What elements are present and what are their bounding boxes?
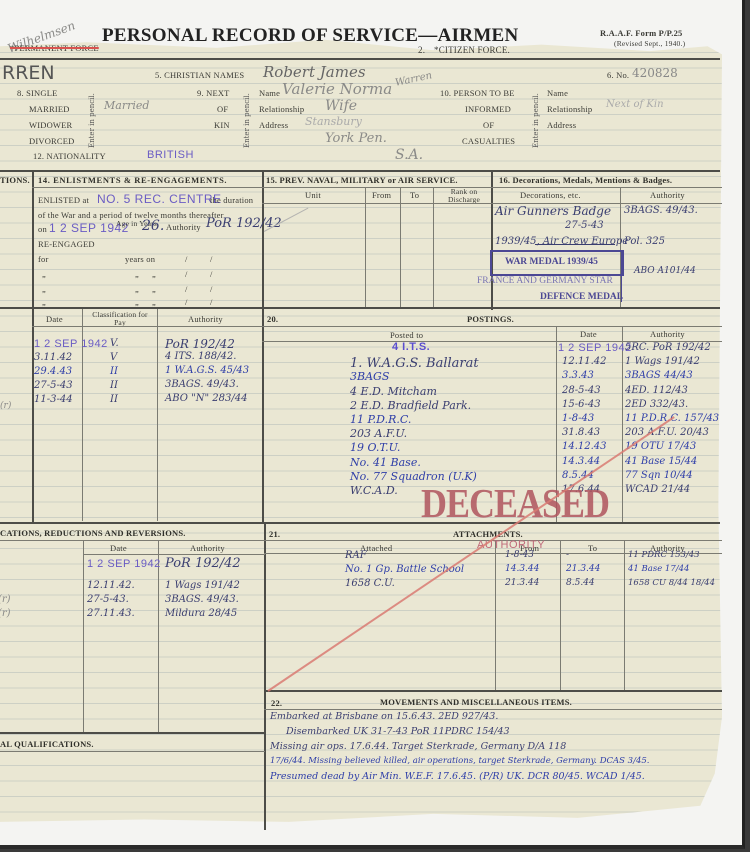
col-to: To xyxy=(588,543,597,553)
divider xyxy=(262,326,722,327)
reduction-date: 1 2 SEP 1942 xyxy=(87,558,161,570)
classification-pay: II xyxy=(110,366,118,377)
casualty-contact-label-2: INFORMED xyxy=(465,104,511,114)
left-note-1: (r) xyxy=(0,594,11,605)
col-authority: Authority xyxy=(188,314,223,324)
posting-unit: 3BAGS xyxy=(350,370,389,383)
service-number-label: 6. No. xyxy=(607,70,629,80)
qualifications-header: AL QUALIFICATIONS. xyxy=(0,739,94,749)
attachment-from: 14.3.44 xyxy=(505,564,539,574)
divider xyxy=(0,307,720,309)
movement-line: Embarked at Brisbane on 15.6.43. 2ED 927… xyxy=(270,711,498,722)
marital-option-married: MARRIED xyxy=(29,104,70,114)
classification-date: 29.4.43 xyxy=(34,366,72,377)
enter-in-pencil-note: Enter in pencil. xyxy=(88,93,96,148)
casualty-contact-label-1: 10. PERSON TO BE xyxy=(440,88,515,98)
nok-address-line-2: York Pen. xyxy=(325,131,387,146)
marital-label: 8. SINGLE xyxy=(17,88,58,98)
reengaged-for-label: for xyxy=(38,254,49,264)
column-line xyxy=(157,309,158,521)
posting-unit: No. 41 Base. xyxy=(350,456,421,469)
ditto-mark: „ xyxy=(152,284,156,294)
slash: / xyxy=(210,284,213,294)
next-of-kin-label-2: OF xyxy=(217,104,228,114)
column-line xyxy=(495,540,496,690)
movement-line: Missing air ops. 17.6.44. Target Sterkra… xyxy=(270,741,566,752)
column-line xyxy=(400,187,401,307)
ditto-mark: „ xyxy=(152,269,156,279)
form-id: R.A.A.F. Form P/P.25 xyxy=(600,28,682,38)
strike-through xyxy=(535,244,615,245)
attachments-number: 21. xyxy=(269,529,280,539)
decoration-authority: 3BAGS. 49/43. xyxy=(624,205,698,216)
column-line xyxy=(83,540,84,732)
posting-date: 14.3.44 xyxy=(562,456,600,467)
posting-authority: 3BAGS 44/43 xyxy=(625,370,693,381)
ditto-mark: „ xyxy=(42,269,46,279)
nok-address-line-3: S.A. xyxy=(395,147,423,163)
column-line xyxy=(622,326,623,522)
reduction-date: 27-5-43. xyxy=(87,594,129,605)
nok-relationship-value: Wife xyxy=(325,98,357,114)
ditto-mark: „ xyxy=(135,297,139,307)
attachments-header: ATTACHMENTS. xyxy=(453,529,523,539)
movement-line: 17/6/44. Missing believed killed, air op… xyxy=(270,756,649,766)
slash: / xyxy=(185,284,188,294)
slash: / xyxy=(185,297,188,307)
decoration-value: Air Gunners Badge xyxy=(495,204,611,218)
brace xyxy=(621,250,626,302)
permanent-force-label: *PERMANENT FORCE xyxy=(10,43,99,53)
posting-authority: WCAD 21/44 xyxy=(625,484,690,495)
posting-date: 3.3.43 xyxy=(562,370,594,381)
ditto-mark: „ xyxy=(135,284,139,294)
citizen-force-number: 2. xyxy=(418,45,425,55)
attachment-from: 21.3.44 xyxy=(505,578,539,588)
divider xyxy=(0,58,720,60)
posting-unit: W.C.A.D. xyxy=(350,484,398,497)
divider xyxy=(264,690,722,692)
posting-date: 28-5-43 xyxy=(562,385,601,396)
section-stub-header: TIONS. xyxy=(0,175,30,185)
casualty-contact-label-4: CASUALTIES xyxy=(462,136,515,146)
reduction-date: 27.11.43. xyxy=(87,608,135,619)
enter-in-pencil-note-2: Enter in pencil. xyxy=(243,93,251,148)
postings-number: 20. xyxy=(267,314,278,324)
movements-number: 22. xyxy=(271,698,282,708)
posting-authority: 203 A.F.U. 20/43 xyxy=(625,427,709,438)
divider xyxy=(0,751,265,752)
slash: / xyxy=(210,297,213,307)
defence-medal-stamp: DEFENCE MEDAL xyxy=(540,292,623,302)
christian-names-label: 5. CHRISTIAN NAMES xyxy=(155,70,244,80)
attachment-authority: 41 Base 17/44 xyxy=(628,564,689,574)
movement-line: Presumed dead by Air Min. W.E.F. 17.6.45… xyxy=(270,771,645,782)
casualty-relationship-label: Relationship xyxy=(547,104,592,114)
posting-date: 15-6-43 xyxy=(562,399,601,410)
posting-date: 1 2 SEP 1942 xyxy=(558,342,632,354)
form-title: PERSONAL RECORD OF SERVICE—AIRMEN xyxy=(102,25,519,47)
posting-date: 12.11.42 xyxy=(562,356,607,367)
reduction-authority: Mildura 28/45 xyxy=(165,608,237,619)
age-label: Age in Years. xyxy=(116,220,138,228)
enlisted-at-label: ENLISTED at xyxy=(38,195,89,205)
nationality-label: 12. NATIONALITY xyxy=(33,151,106,161)
classification-date: 1 2 SEP 1942 xyxy=(34,338,108,350)
attachment-unit: 1658 C.U. xyxy=(345,578,395,589)
col-rank-on-discharge: Rank on Discharge xyxy=(440,188,488,204)
divider xyxy=(0,540,265,541)
attachment-authority: 1658 CU 8/44 18/44 xyxy=(628,578,715,588)
decoration-authority-2: Pol. 325 xyxy=(624,236,665,247)
marital-value: Married xyxy=(104,99,149,112)
divider xyxy=(264,709,722,710)
posting-unit: 19 O.T.U. xyxy=(350,441,400,454)
classification-pay: V xyxy=(110,352,117,363)
posting-authority: 1 Wags 191/42 xyxy=(625,356,700,367)
posting-unit: 2 E.D. Bradfield Park. xyxy=(350,399,471,412)
column-line xyxy=(365,187,366,307)
section14-header: 14. ENLISTMENTS & RE-ENGAGEMENTS. xyxy=(38,175,227,185)
classification-date: 3.11.42 xyxy=(34,352,72,363)
divider xyxy=(262,203,722,204)
attachment-to: 8.5.44 xyxy=(566,578,595,588)
france-germany-star-stamp: FRANCE AND GERMANY STAR xyxy=(477,276,613,286)
authority-value: PoR 192/42 xyxy=(206,216,282,231)
reduction-authority: 3BAGS. 49/43. xyxy=(165,594,239,605)
column-line xyxy=(491,170,493,310)
enter-in-pencil-note-3: Enter in pencil. xyxy=(532,93,540,148)
col-classification: Classification for Pay xyxy=(88,311,152,327)
posting-authority: 41 Base 15/44 xyxy=(625,456,697,467)
column-line xyxy=(433,187,434,307)
classification-authority: 3BAGS. 49/43. xyxy=(165,379,239,390)
col-from: From xyxy=(372,190,391,200)
section16-header: 16. Decorations, Medals, Mentions & Badg… xyxy=(499,175,672,185)
posting-authority: 2ED 332/43. xyxy=(625,399,688,410)
nationality-stamp: BRITISH xyxy=(147,149,194,161)
col-decorations: Decorations, etc. xyxy=(520,190,581,200)
slash: / xyxy=(210,254,213,264)
christian-names-value: Robert James xyxy=(263,63,366,81)
ditto-mark: „ xyxy=(42,297,46,307)
posting-authority: 4ED. 112/43 xyxy=(625,385,688,396)
classification-authority: 1 W.A.G.S. 45/43 xyxy=(165,365,249,376)
nok-address-line-1: Stansbury xyxy=(305,115,362,128)
divider xyxy=(0,170,720,172)
movement-line: Disembarked UK 31-7-43 PoR 11PDRC 154/43 xyxy=(286,726,510,737)
left-note: (r) xyxy=(0,401,11,411)
attachment-authority: 11 PDRC 153/43 xyxy=(628,550,700,560)
slash: / xyxy=(185,269,188,279)
reduction-authority: PoR 192/42 xyxy=(165,556,241,571)
age-value: 26. xyxy=(142,218,164,234)
col-posted-to: Posted to xyxy=(390,330,423,340)
posting-unit: 1. W.A.G.S. Ballarat xyxy=(350,356,479,371)
classification-date: 11-3-44 xyxy=(34,394,73,405)
attachment-from: 1-8-43 xyxy=(505,550,534,560)
posting-unit: 11 P.D.R.C. xyxy=(350,413,411,426)
posting-authority: 5RC. PoR 192/42 xyxy=(625,342,711,353)
classification-authority: 4 ITS. 188/42. xyxy=(165,351,236,362)
posting-unit: 203 A.F.U. xyxy=(350,427,407,440)
posting-unit: 4 I.T.S. xyxy=(392,341,430,353)
ditto-mark: „ xyxy=(152,297,156,307)
col-date: Date xyxy=(580,329,597,339)
citizen-force-label: *CITIZEN FORCE. xyxy=(434,45,510,55)
divider xyxy=(83,554,265,555)
casualty-relationship-value: Next of Kin xyxy=(606,99,664,110)
war-medal-stamp: WAR MEDAL 1939/45 xyxy=(505,257,598,267)
attachment-unit: RAF xyxy=(345,550,367,561)
reduction-date: 12.11.42. xyxy=(87,580,135,591)
classification-pay: V. xyxy=(110,338,119,349)
section15-header: 15. PREV. NAVAL, MILITARY or AIR SERVICE… xyxy=(266,175,458,185)
classification-authority: ABO "N" 283/44 xyxy=(165,393,247,404)
nok-address-label: Address xyxy=(259,120,288,130)
column-line xyxy=(624,540,625,690)
next-of-kin-label-1: 9. NEXT xyxy=(197,88,230,98)
casualty-name-label: Name xyxy=(547,88,568,98)
reengaged-label: RE-ENGAGED xyxy=(38,239,95,249)
col-date: Date xyxy=(110,543,127,553)
classification-pay: II xyxy=(110,380,118,391)
column-line xyxy=(264,522,266,830)
reduction-authority: 1 Wags 191/42 xyxy=(165,580,240,591)
next-of-kin-label-3: KIN xyxy=(214,120,230,130)
ditto-mark: „ xyxy=(42,284,46,294)
attachment-to: 21.3.44 xyxy=(566,564,600,574)
divider xyxy=(32,326,262,327)
form-revised: (Revised Sept., 1940.) xyxy=(614,39,685,48)
authority-label: Authority xyxy=(166,222,201,232)
posting-date: 31.8.43 xyxy=(562,427,600,438)
posting-unit: 4 E.D. Mitcham xyxy=(350,385,437,398)
classification-authority: PoR 192/42 xyxy=(165,337,235,351)
col-authority: Authority xyxy=(190,543,225,553)
decoration-value-2: 1939/45, Air Crew Europe xyxy=(495,236,628,247)
col-authority: Authority xyxy=(650,329,685,339)
decoration-date: 27-5-43 xyxy=(565,220,604,231)
column-line xyxy=(560,540,561,690)
deceased-stamp: DECEASED xyxy=(421,479,609,527)
service-number-value: 420828 xyxy=(632,66,678,80)
attachment-to: - xyxy=(566,550,569,560)
col-unit: Unit xyxy=(305,190,321,200)
nok-name-label: Name xyxy=(259,88,280,98)
nok-name-value: Valerie Norma xyxy=(282,80,392,98)
ditto-mark: „ xyxy=(135,269,139,279)
divider xyxy=(0,732,265,734)
stamps-authority: ABO A101/44 xyxy=(634,266,696,276)
surname: RREN xyxy=(2,62,55,84)
left-note-2: (r) xyxy=(0,608,11,619)
classification-date: 27-5-43 xyxy=(34,380,73,391)
marital-option-divorced: DIVORCED xyxy=(29,136,75,146)
slash: / xyxy=(210,269,213,279)
col-authority: Authority xyxy=(650,190,685,200)
marital-option-widower: WIDOWER xyxy=(29,120,72,130)
movements-header: MOVEMENTS AND MISCELLANEOUS ITEMS. xyxy=(380,697,572,707)
classification-pay: II xyxy=(110,394,118,405)
slash: / xyxy=(185,254,188,264)
postings-header: POSTINGS. xyxy=(467,314,514,324)
casualty-contact-label-3: OF xyxy=(483,120,494,130)
enlisted-at-stamp: NO. 5 REC. CENTRE xyxy=(97,192,222,206)
col-to: To xyxy=(410,190,419,200)
on-label: on xyxy=(38,224,47,234)
divider xyxy=(32,187,722,188)
reductions-header: CATIONS, REDUCTIONS AND REVERSIONS. xyxy=(0,528,186,538)
nok-relationship-label: Relationship xyxy=(259,104,304,114)
posting-date: 1-8-43 xyxy=(562,413,594,424)
posting-date: 14.12.43 xyxy=(562,441,607,452)
years-on-label: years on xyxy=(125,254,155,264)
duration-text: the duration xyxy=(210,195,253,205)
col-date: Date xyxy=(46,314,63,324)
posting-authority: 77 Sqn 10/44 xyxy=(625,470,693,481)
divider xyxy=(0,522,720,524)
casualty-address-label: Address xyxy=(547,120,576,130)
